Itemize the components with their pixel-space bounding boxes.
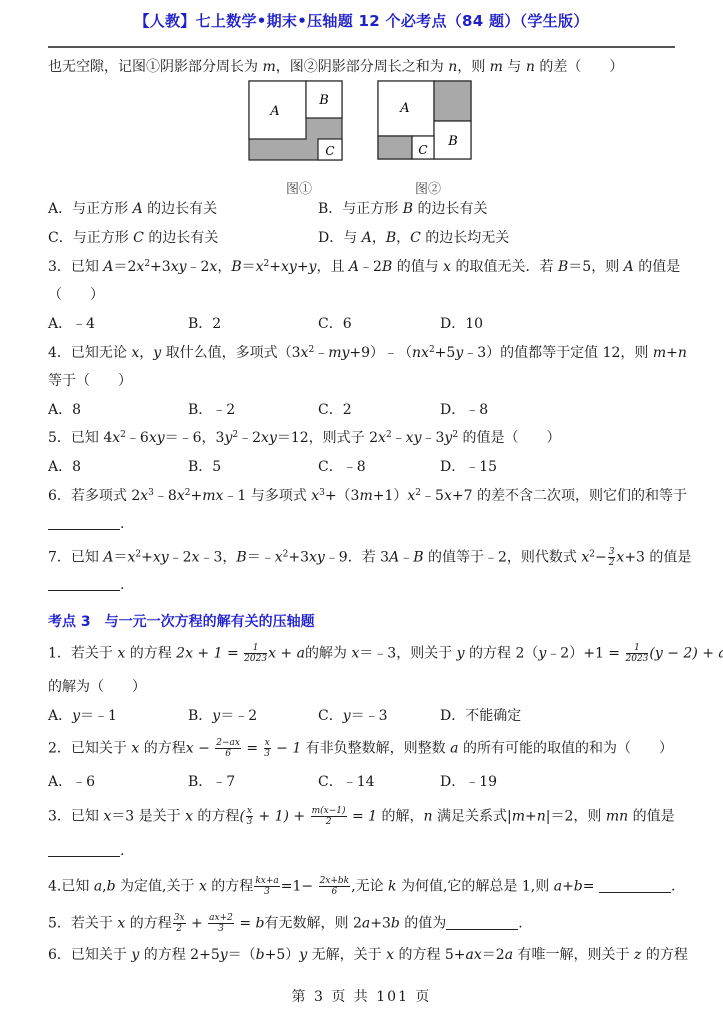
q7-answer-blank: . [48, 576, 124, 594]
figure-2-squares-diagram: A B C [376, 79, 474, 163]
figure-1-squares-diagram: A B C [247, 79, 345, 163]
q3-option-d: D．10 [440, 315, 483, 333]
figure-1-caption: 图① [286, 178, 312, 197]
q4-option-a: A．8 [48, 401, 81, 419]
s3-q3-stem: 3．已知 x＝3 是关于 x 的方程(x3 + 1) + m(x−1)2 = 1… [48, 806, 675, 827]
q4-stem: 4．已知无论 x，y 取什么值，多项式（3x2﹣my+9）﹣（nx2+5y﹣3）… [48, 344, 687, 362]
question-2-stem-continuation: 也无空隙，记图①阴影部分周长为 m，图②阴影部分周长之和为 n，则 m 与 n … [48, 58, 623, 76]
document-header-title: 【人教】七上数学•期末•压轴题 12 个必考点（84 题）（学生版） [0, 10, 723, 31]
s3-q2-option-b: B．﹣7 [188, 773, 235, 791]
q5-stem: 5．已知 4x2﹣6xy＝﹣6，3y2﹣2xy＝12，则式子 2x2﹣xy﹣3y… [48, 429, 561, 447]
q6-answer-blank: . [48, 515, 124, 533]
q5-option-d: D．﹣15 [440, 458, 497, 476]
s3-q2-option-d: D．﹣19 [440, 773, 497, 791]
s3-q1-stem: 1．若关于 x 的方程 2x + 1 = 12023x + a的解为 x＝﹣3，… [48, 643, 723, 664]
fig2-label-a: A [399, 101, 409, 116]
fig2-label-b: B [447, 134, 458, 149]
s3-q2-stem: 2．已知关于 x 的方程x − 2−ax6 = x3 − 1 有非负整数解，则整… [48, 738, 673, 759]
q4-option-c: C．2 [318, 401, 352, 419]
q3-option-a: A．﹣4 [48, 315, 95, 333]
figure-2-caption: 图② [415, 178, 441, 197]
header-divider [48, 46, 675, 48]
q5-option-b: B．5 [188, 458, 221, 476]
q3-answer-paren: （ ） [48, 286, 104, 304]
fig1-label-b: B [318, 93, 329, 108]
q4-stem-cont: 等于（ ） [48, 372, 132, 390]
fig1-label-c: C [325, 144, 334, 158]
q2-option-a: A．与正方形 A 的边长有关 [48, 200, 217, 218]
q3-option-b: B．2 [188, 315, 221, 333]
s3-q3-answer-blank: . [48, 842, 124, 860]
q2-option-b: B．与正方形 B 的边长有关 [318, 200, 488, 218]
s3-q1-option-b: B．y＝﹣2 [188, 707, 257, 725]
q3-stem: 3．已知 A＝2x2+3xy﹣2x，B＝x2+xy+y，且 A﹣2B 的值与 x… [48, 258, 680, 276]
q5-option-a: A．8 [48, 458, 81, 476]
s3-q4-stem: 4.已知 a,b 为定值,关于 x 的方程kx+a3=1− 2x+bk6,无论 … [48, 876, 675, 897]
s3-q1-stem-cont: 的解为（ ） [48, 678, 146, 696]
q4-option-d: D．﹣8 [440, 401, 488, 419]
q3-option-c: C．6 [318, 315, 352, 333]
fig2-label-c: C [418, 143, 427, 157]
s3-q6-stem: 6．已知关于 y 的方程 2+5y＝（b+5）y 无解，关于 x 的方程 5+a… [48, 946, 688, 964]
q6-stem: 6．若多项式 2x3﹣8x2+mx﹣1 与多项式 x3+（3m+1）x2﹣5x+… [48, 487, 687, 505]
q4-option-b: B．﹣2 [188, 401, 235, 419]
section-3-heading: 考点 3 与一元一次方程的解有关的压轴题 [48, 611, 315, 631]
q7-stem: 7．已知 A＝x2+xy﹣2x﹣3，B＝﹣x2+3xy﹣9．若 3A﹣B 的值等… [48, 547, 691, 568]
q2-option-d: D．与 A，B，C 的边长均无关 [318, 229, 509, 247]
s3-q2-option-c: C．﹣14 [318, 773, 375, 791]
s3-q1-option-a: A．y＝﹣1 [48, 707, 117, 725]
s3-q1-option-c: C．y＝﹣3 [318, 707, 388, 725]
fig1-label-a: A [269, 104, 279, 119]
s3-q1-option-d: D．不能确定 [440, 707, 521, 725]
s3-q5-stem: 5．若关于 x 的方程3x2 + ax+23 = b有无数解，则 2a+3b 的… [48, 913, 523, 934]
page-number-footer: 第 3 页 共 101 页 [0, 986, 723, 1006]
s3-q2-option-a: A．﹣6 [48, 773, 95, 791]
q2-option-c: C．与正方形 C 的边长有关 [48, 229, 218, 247]
q5-option-c: C．﹣8 [318, 458, 366, 476]
